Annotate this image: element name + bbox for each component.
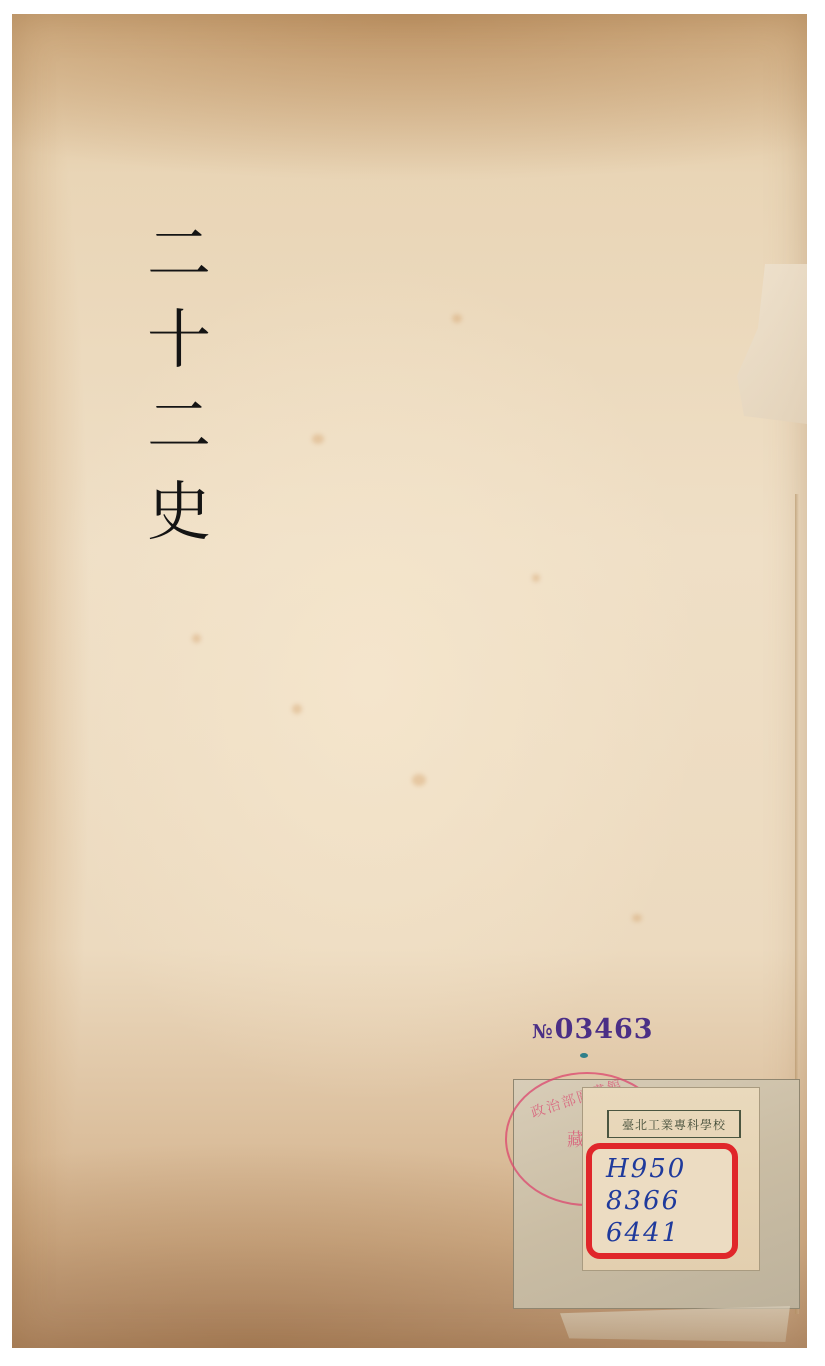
title-char: 二 [147, 384, 211, 470]
foxing-spot [532, 574, 540, 582]
call-number-line: 6441 [606, 1217, 732, 1249]
school-name: 臺北工業專科學校 [622, 1116, 726, 1133]
foxing-spot [452, 314, 462, 323]
call-number-line: H950 [606, 1153, 732, 1185]
library-call-label: 臺北工業專科學校 H950 8366 6441 [582, 1087, 760, 1271]
torn-paper-edge [737, 264, 807, 424]
foxing-spot [192, 634, 201, 643]
call-number-line: 8366 [606, 1185, 732, 1217]
foxing-spot [312, 434, 324, 444]
ink-dot [580, 1053, 588, 1058]
title-char: 二 [147, 212, 211, 298]
title-char: 十 [147, 298, 211, 384]
foxing-spot [632, 914, 642, 922]
call-number-box: H950 8366 6441 [586, 1143, 738, 1259]
book-title: 二 十 二 史 [142, 212, 216, 556]
accession-number: 03463 [555, 1014, 654, 1045]
title-char: 史 [147, 470, 211, 556]
school-name-box: 臺北工業專科學校 [607, 1110, 741, 1138]
foxing-spot [292, 704, 302, 714]
accession-number-stamp: №03463 [532, 1014, 654, 1045]
foxing-spot [412, 774, 426, 786]
number-sign: № [532, 1021, 552, 1043]
